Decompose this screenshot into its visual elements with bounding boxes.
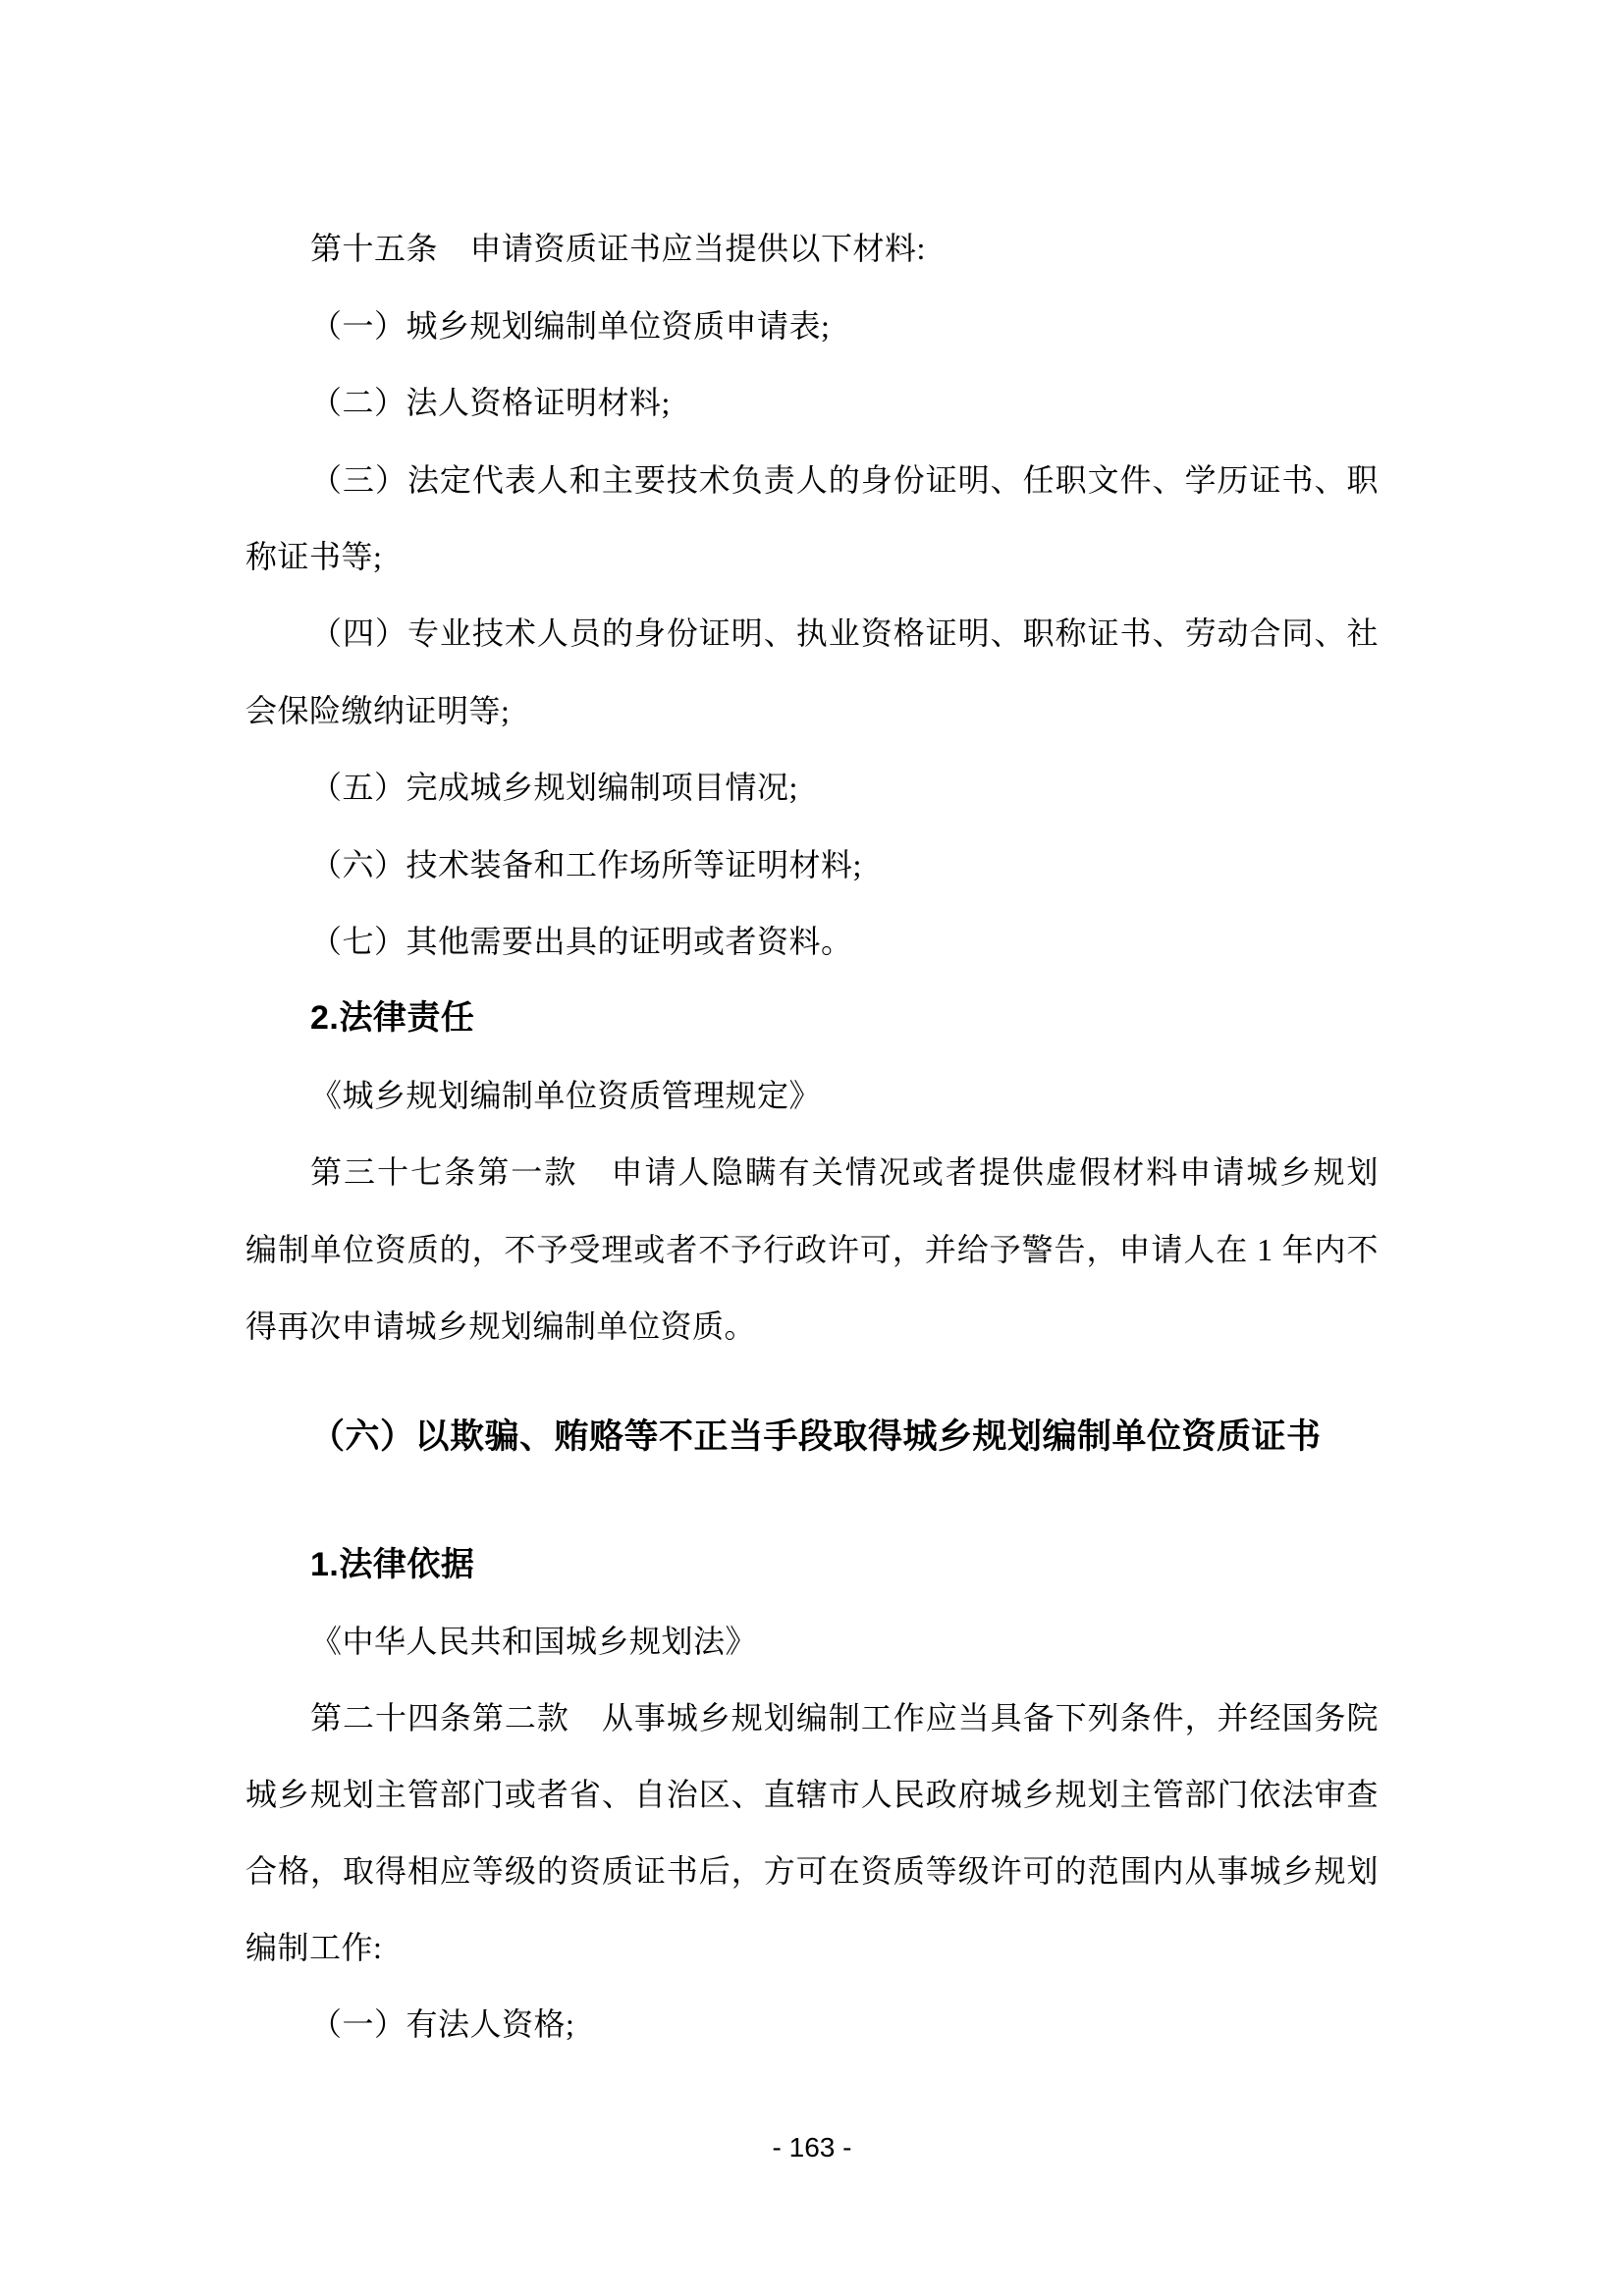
- doc-line-article-24-cont-1: 城乡规划主管部门或者省、自治区、直辖市人民政府城乡规划主管部门依法审查: [245, 1774, 1379, 1817]
- page-number: - 163 -: [0, 2132, 1624, 2163]
- doc-line-article-15: 第十五条 申请资质证书应当提供以下材料:: [245, 228, 1379, 271]
- doc-line-item-1: （一）城乡规划编制单位资质申请表;: [245, 305, 1379, 348]
- doc-line-condition-1: （一）有法人资格;: [245, 2003, 1379, 2047]
- doc-line-item-3-cont: 称证书等;: [245, 536, 1379, 579]
- doc-line-item-6: （六）技术装备和工作场所等证明材料;: [245, 844, 1379, 887]
- doc-line-regulation-title: 《城乡规划编制单位资质管理规定》: [245, 1075, 1379, 1118]
- doc-line-article-24-cont-2: 合格，取得相应等级的资质证书后，方可在资质等级许可的范围内从事城乡规划: [245, 1850, 1379, 1894]
- doc-line-item-5: （五）完成城乡规划编制项目情况;: [245, 767, 1379, 810]
- subsection-heading-legal-basis: 1.法律依据: [245, 1544, 1379, 1587]
- doc-line-law-title: 《中华人民共和国城乡规划法》: [245, 1621, 1379, 1664]
- doc-line-item-3: （三）法定代表人和主要技术负责人的身份证明、任职文件、学历证书、职: [245, 459, 1379, 503]
- doc-line-article-37: 第三十七条第一款 申请人隐瞒有关情况或者提供虚假材料申请城乡规划: [245, 1151, 1379, 1195]
- doc-line-item-4-cont: 会保险缴纳证明等;: [245, 690, 1379, 733]
- doc-line-item-4: （四）专业技术人员的身份证明、执业资格证明、职称证书、劳动合同、社: [245, 613, 1379, 656]
- document-page: 第十五条 申请资质证书应当提供以下材料: （一）城乡规划编制单位资质申请表; （…: [0, 0, 1624, 2296]
- doc-line-article-37-cont-1: 编制单位资质的，不予受理或者不予行政许可，并给予警告，申请人在 1 年内不: [245, 1229, 1379, 1272]
- doc-line-item-2: （二）法人资格证明材料;: [245, 382, 1379, 425]
- doc-line-item-7: （七）其他需要出具的证明或者资料。: [245, 921, 1379, 964]
- doc-line-article-24: 第二十四条第二款 从事城乡规划编制工作应当具备下列条件，并经国务院: [245, 1697, 1379, 1740]
- subsection-heading-legal-liability: 2.法律责任: [245, 997, 1379, 1041]
- doc-line-article-37-cont-2: 得再次申请城乡规划编制单位资质。: [245, 1306, 1379, 1349]
- doc-line-article-24-cont-3: 编制工作:: [245, 1927, 1379, 1970]
- section-heading-6: （六）以欺骗、贿赂等不正当手段取得城乡规划编制单位资质证书: [245, 1416, 1379, 1460]
